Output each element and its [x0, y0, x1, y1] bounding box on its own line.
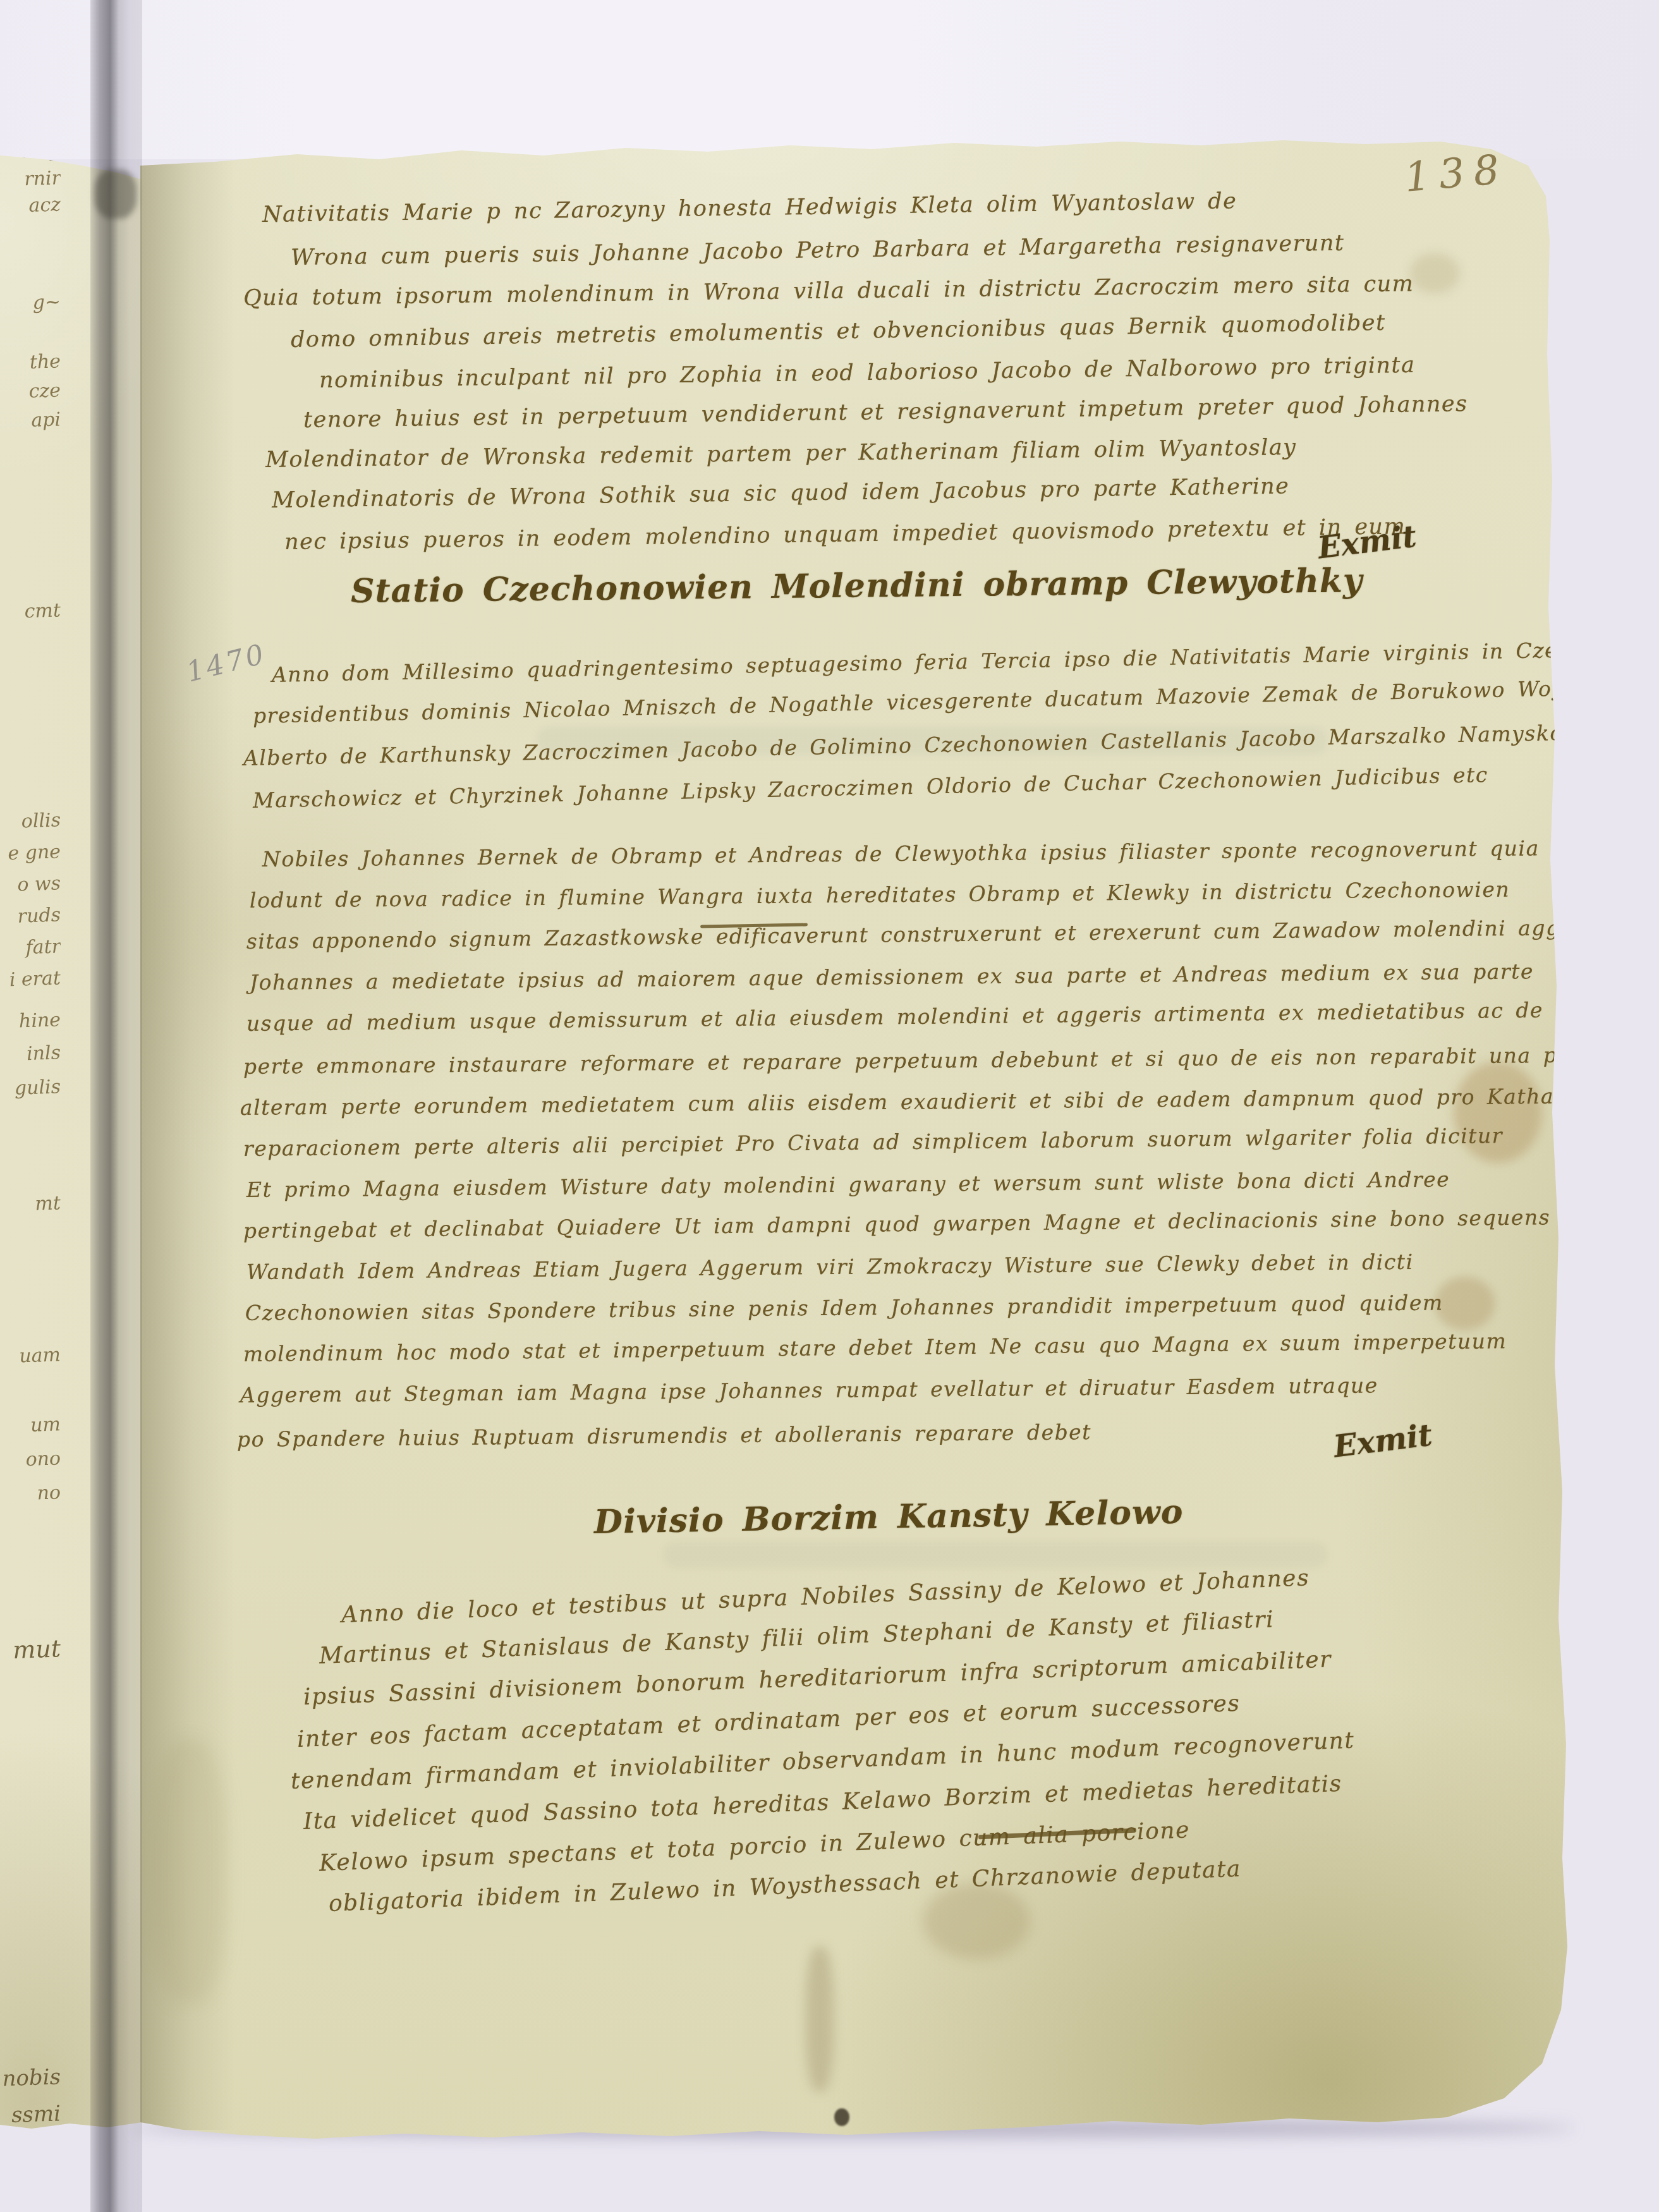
left-page-text-fragment: ssmi: [0, 2101, 61, 2128]
moisture-stain: [152, 1738, 228, 2003]
left-page-text-fragment: api: [0, 408, 61, 432]
manuscript-line: sitas apponendo signum Zazastkowske edif…: [246, 915, 1619, 954]
left-page-text-fragment: cmt: [0, 599, 61, 623]
manuscript-line: molendinum hoc modo stat et imperpetuum …: [243, 1328, 1507, 1366]
left-page-text-fragment: acz: [0, 193, 61, 217]
page-clamp-bar: [90, 0, 142, 2212]
left-page-text-fragment: the: [0, 350, 61, 374]
left-page-text-fragment: e gne: [0, 841, 61, 865]
left-page-text-fragment: nobis: [0, 2064, 61, 2091]
manuscript-line: Wrona cum pueris suis Johanne Jacobo Pet…: [291, 231, 1345, 270]
left-page-text-fragment: ollis: [0, 809, 61, 833]
left-page-text-fragment: mt: [0, 1192, 61, 1216]
manuscript-line: reparacionem perte alteris alii percipie…: [243, 1123, 1503, 1161]
manuscript-line: usque ad medium usque demissurum et alia…: [246, 997, 1655, 1036]
left-page-text-fragment: ono: [0, 1447, 61, 1471]
manuscript-line: domo omnibus areis metretis emolumentis …: [291, 310, 1386, 353]
manuscript-line: Aggerem aut Stegman iam Magna ipse Johan…: [240, 1373, 1378, 1407]
manuscript-line: Nativitatis Marie p nc Zarozyny honesta …: [262, 188, 1237, 228]
manuscript-line: lodunt de nova radice in flumine Wangra …: [250, 877, 1510, 913]
drip-stain: [806, 1947, 834, 2092]
ink-stain: [1435, 1277, 1495, 1330]
left-page-text-fragment: ruds: [0, 904, 61, 928]
ink-showthrough: [664, 1542, 1327, 1567]
left-page-text-fragment: g~: [0, 291, 61, 315]
manuscript-line: alteram perte eorundem medietatem cum al…: [240, 1083, 1659, 1120]
foxing-spot: [1409, 253, 1460, 294]
manuscript-line: Johannes a medietate ipsius ad maiorem a…: [250, 959, 1534, 995]
left-page-text-fragment: rnir: [0, 167, 61, 191]
clamp-bar-knot: [95, 169, 137, 219]
folio-number: 138: [1402, 146, 1510, 202]
left-page-text-fragment: i erat: [0, 967, 61, 991]
left-page-text-fragment: uam: [0, 1344, 61, 1368]
manuscript-line: Et primo Magna eiusdem Wisture daty mole…: [246, 1167, 1450, 1202]
left-page-text-fragment: um: [0, 1413, 61, 1437]
smudge-stain: [923, 1883, 1030, 1959]
manuscript-line: Czechonowien sitas Spondere tribus sine …: [245, 1290, 1443, 1325]
left-page-text-fragment: fatr: [0, 935, 61, 959]
manuscript-line: nec ipsius pueros in eodem molendino unq…: [284, 514, 1406, 555]
left-page-text-fragment: cze: [0, 379, 61, 403]
manuscript-line: Molendinatoris de Wrona Sothik sua sic q…: [272, 474, 1290, 513]
manuscript-line: pertingebat et declinabat Quiadere Ut ia…: [243, 1205, 1551, 1243]
left-page-text-fragment: no: [0, 1481, 61, 1505]
ink-dot: [834, 2108, 849, 2126]
left-page-text-fragment: inls: [0, 1042, 61, 1066]
manuscript-line: perte emmonare instaurare reformare et r…: [243, 1043, 1582, 1079]
manuscript-line: Nobiles Johannes Bernek de Obramp et And…: [262, 836, 1590, 872]
exmit-mark: Exmit: [1332, 1418, 1434, 1465]
manuscript-line: po Spandere huius Ruptuam disrumendis et…: [237, 1419, 1091, 1452]
section-heading-2: Divisio Borzim Kansty Kelowo: [593, 1493, 1183, 1541]
left-page-text-fragment: o ws: [0, 872, 61, 896]
left-page-text-fragment: gulis: [0, 1076, 61, 1100]
manuscript-line: Marschowicz et Chyrzinek Johanne Lipsky …: [253, 762, 1489, 813]
manuscript-line: nominibus inculpant nil pro Zophia in eo…: [319, 353, 1416, 393]
left-page-text-fragment: mut: [0, 1634, 61, 1664]
manuscript-page: 138 1470 Nativitatis Marie p nc Zarozyny…: [0, 0, 1659, 2212]
manuscript-scan: ms wity rnir acz g~ the cze api cmt olli…: [0, 0, 1659, 2212]
manuscript-line: tenore huius est in perpetuum vendiderun…: [303, 391, 1468, 433]
manuscript-line: Wandath Idem Andreas Etiam Jugera Aggeru…: [246, 1249, 1414, 1284]
left-page-text-fragment: hine: [0, 1009, 61, 1033]
scanner-background-strip: [0, 0, 1659, 159]
manuscript-line: Quia totum ipsorum molendinum in Wrona v…: [243, 271, 1414, 311]
section-heading-1: Statio Czechonowien Molendini obramp Cle…: [351, 561, 1363, 611]
manuscript-line: Molendinator de Wronska redemit partem p…: [265, 435, 1297, 473]
